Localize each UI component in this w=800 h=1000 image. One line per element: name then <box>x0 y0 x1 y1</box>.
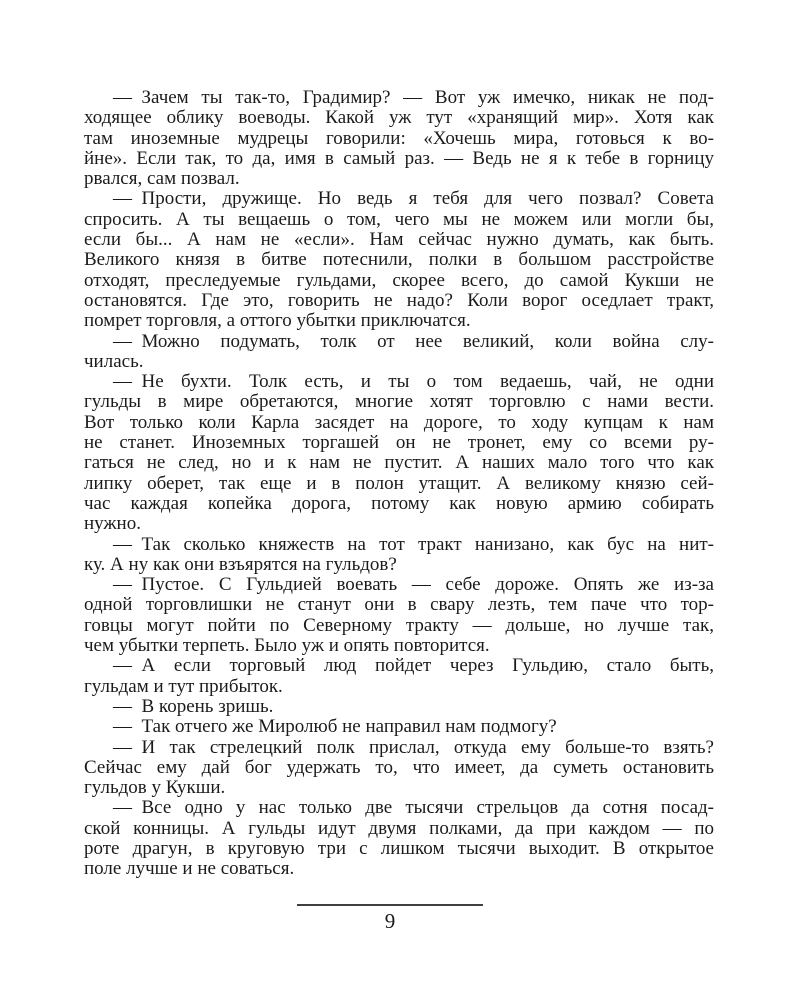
text-line: Сейчас ему дай бог удержать то, что имее… <box>84 758 714 778</box>
text-line: говцы могут пойти по Северному тракту — … <box>84 616 714 636</box>
text-line: — Так отчего же Миролюб не направил нам … <box>84 717 714 737</box>
page-number: 9 <box>297 911 483 932</box>
text-line: гульдам и тут прибыток. <box>84 677 714 697</box>
page-text: — Зачем ты так-то, Градимир? — Вот уж им… <box>84 88 714 880</box>
text-line: не станет. Иноземных торгашей он не трон… <box>84 433 714 453</box>
text-line: — Не бухти. Толк есть, и ты о том ведаеш… <box>84 372 714 392</box>
footer-rule <box>297 904 483 906</box>
text-line: — Прости, дружище. Но ведь я тебя для че… <box>84 189 714 209</box>
text-line: гульды в мире обретаются, многие хотят т… <box>84 392 714 412</box>
text-line: — А если торговый люд пойдет через Гульд… <box>84 656 714 676</box>
text-line: если бы... А нам не «если». Нам сейчас н… <box>84 230 714 250</box>
text-line: отходят, преследуемые гульдами, скорее в… <box>84 271 714 291</box>
text-line: поле лучше и не соваться. <box>84 859 714 879</box>
text-line: помрет торговля, а оттого убытки приключ… <box>84 311 714 331</box>
text-line: роте драгун, в круговую три с лишком тыс… <box>84 839 714 859</box>
paragraph: — И так стрелецкий полк прислал, откуда … <box>84 738 714 799</box>
text-line: рвался, сам позвал. <box>84 169 714 189</box>
text-line: чем убытки терпеть. Было уж и опять повт… <box>84 636 714 656</box>
paragraph: — Все одно у нас только две тысячи стрел… <box>84 798 714 879</box>
text-line: спросить. А ты вещаешь о том, чего мы не… <box>84 210 714 230</box>
paragraph: — Пустое. С Гульдией воевать — себе доро… <box>84 575 714 656</box>
paragraph: — Можно подумать, толк от нее великий, к… <box>84 332 714 373</box>
book-page: — Зачем ты так-то, Градимир? — Вот уж им… <box>0 0 800 1000</box>
paragraph: — Прости, дружище. Но ведь я тебя для че… <box>84 189 714 331</box>
paragraph: — В корень зришь. <box>84 697 714 717</box>
text-line: остановятся. Где это, говорить не надо? … <box>84 291 714 311</box>
paragraph: — Так отчего же Миролюб не направил нам … <box>84 717 714 737</box>
text-line: нужно. <box>84 514 714 534</box>
paragraph: — А если торговый люд пойдет через Гульд… <box>84 656 714 697</box>
text-line: ку. А ну как они взъярятся на гульдов? <box>84 555 714 575</box>
text-line: — Пустое. С Гульдией воевать — себе доро… <box>84 575 714 595</box>
text-line: чилась. <box>84 352 714 372</box>
text-line: одной торговлишки не станут они в свару … <box>84 595 714 615</box>
text-line: — В корень зришь. <box>84 697 714 717</box>
text-line: Великого князя в битве потеснили, полки … <box>84 250 714 270</box>
text-line: гаться не след, но и к нам не пустит. А … <box>84 453 714 473</box>
text-line: ходящее облику воеводы. Какой уж тут «хр… <box>84 108 714 128</box>
text-line: — Так сколько княжеств на тот тракт нани… <box>84 535 714 555</box>
paragraph: — Не бухти. Толк есть, и ты о том ведаеш… <box>84 372 714 534</box>
text-line: — Все одно у нас только две тысячи стрел… <box>84 798 714 818</box>
page-footer: 9 <box>297 904 483 932</box>
paragraph: — Так сколько княжеств на тот тракт нани… <box>84 535 714 576</box>
text-line: — Можно подумать, толк от нее великий, к… <box>84 332 714 352</box>
paragraph: — Зачем ты так-то, Градимир? — Вот уж им… <box>84 88 714 189</box>
text-line: ской конницы. А гульды идут двумя полкам… <box>84 819 714 839</box>
text-line: там иноземные мудрецы говорили: «Хочешь … <box>84 129 714 149</box>
text-line: липку оберет, так еще и в полон утащит. … <box>84 474 714 494</box>
text-line: час каждая копейка дорога, потому как но… <box>84 494 714 514</box>
text-line: йне». Если так, то да, имя в самый раз. … <box>84 149 714 169</box>
text-line: Вот только коли Карла засядет на дороге,… <box>84 413 714 433</box>
text-line: — Зачем ты так-то, Градимир? — Вот уж им… <box>84 88 714 108</box>
text-line: гульдов у Кукши. <box>84 778 714 798</box>
text-line: — И так стрелецкий полк прислал, откуда … <box>84 738 714 758</box>
